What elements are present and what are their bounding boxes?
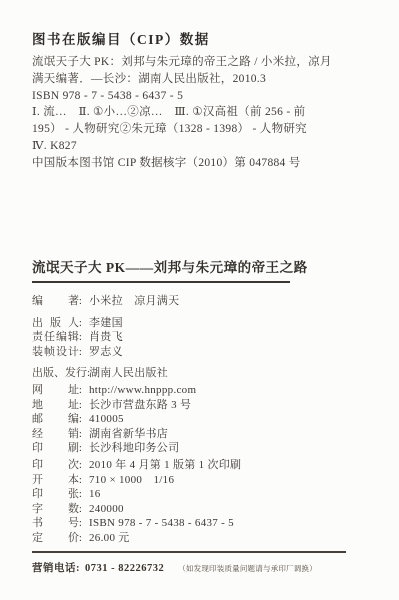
cip-line: Ⅰ. 流… Ⅱ. ①小…②凉… Ⅲ. ①汉高祖（前 256 - 前 [32,104,372,121]
row-value: 26.00 元 [89,531,130,546]
cip-line: Ⅳ. K827 [32,138,372,155]
colophon-row-format: 开本: 710 × 1000 1/16 [32,473,372,488]
row-label: 书号: [32,516,82,531]
colophon-row-printing: 印次: 2010 年 4 月第 1 版第 1 次印刷 [32,458,372,473]
row-label: 印次: [32,458,82,473]
row-label: 邮编: [32,412,82,427]
row-value: 小米拉 凉月满天 [89,294,179,309]
book-title: 流氓天子大 PK——刘邦与朱元璋的帝王之路 [32,256,290,283]
cip-line: 中国版本图书馆 CIP 数据核字（2010）第 047884 号 [32,155,372,172]
cip-line: 满天编著．—长沙：湖南人民出版社，2010.3 [32,71,372,88]
colophon-row-publisher-person: 出版人: 李建国 [32,316,372,331]
colophon-row-postcode: 邮编: 410005 [32,412,372,427]
row-label: 定价: [32,531,82,546]
row-value: 李建国 [89,316,123,331]
row-label: 地址: [32,398,82,413]
colophon-row-editor-in-charge: 责任编辑: 肖贵飞 [32,330,372,345]
copyright-page: 图书在版编目（CIP）数据 流氓天子大 PK：刘邦与朱元璋的帝王之路 / 小米拉… [0,0,399,600]
row-value: 16 [89,487,101,502]
row-value: 710 × 1000 1/16 [89,473,174,488]
cip-line: 195） - 人物研究②朱元璋（1328 - 1398） - 人物研究 [32,121,372,138]
cip-line: 流氓天子大 PK：刘邦与朱元璋的帝王之路 / 小米拉，凉月 [32,54,372,71]
cip-line: ISBN 978 - 7 - 5438 - 6437 - 5 [32,88,372,105]
footer-divider [32,551,346,553]
row-value: 长沙科地印务公司 [89,441,179,456]
colophon-row-editors: 编著: 小米拉 凉月满天 [32,294,372,309]
row-label: 印刷: [32,441,82,456]
row-label: 开本: [32,473,82,488]
sales-phone-label: 营销电话: [32,560,80,575]
row-label: 字数: [32,502,82,517]
row-value: 240000 [89,502,124,517]
row-label: 网址: [32,383,82,398]
colophon: 编著: 小米拉 凉月满天 出版人: 李建国 责任编辑: 肖贵飞 装帧设计: 罗志… [32,294,372,545]
row-label: 出版、发行: [32,366,82,381]
colophon-row-publisher: 出版、发行: 湖南人民出版社 [32,366,372,381]
colophon-row-designer: 装帧设计: 罗志义 [32,345,372,360]
row-label: 编著: [32,294,82,309]
row-label: 责任编辑: [32,330,82,345]
colophon-row-wordcount: 字数: 240000 [32,502,372,517]
row-value: 长沙市营盘东路 3 号 [89,398,191,413]
row-value: 湖南人民出版社 [89,366,168,381]
colophon-row-sheets: 印张: 16 [32,487,372,502]
row-value: 湖南省新华书店 [89,427,168,442]
row-value: ISBN 978 - 7 - 5438 - 6437 - 5 [89,516,234,531]
colophon-row-website: 网址: http://www.hnppp.com [32,383,372,398]
row-label: 装帧设计: [32,345,82,360]
colophon-row-price: 定价: 26.00 元 [32,531,372,546]
print-quality-note: （如发现印装质量问题请与承印厂调换） [178,563,317,574]
row-value: http://www.hnppp.com [89,383,196,398]
row-value: 2010 年 4 月第 1 版第 1 次印刷 [89,458,241,473]
colophon-row-isbn: 书号: ISBN 978 - 7 - 5438 - 6437 - 5 [32,516,372,531]
row-value: 410005 [89,412,124,427]
row-value: 罗志义 [89,345,123,360]
colophon-row-printer: 印刷: 长沙科地印务公司 [32,441,372,456]
colophon-row-distributor: 经销: 湖南省新华书店 [32,427,372,442]
cip-header: 图书在版编目（CIP）数据 [32,28,372,48]
footer: 营销电话: 0731 - 82226732 （如发现印装质量问题请与承印厂调换） [32,560,382,575]
row-label: 印张: [32,487,82,502]
colophon-row-address: 地址: 长沙市营盘东路 3 号 [32,398,372,413]
sales-phone-number: 0731 - 82226732 [85,563,164,574]
row-label: 经销: [32,427,82,442]
row-value: 肖贵飞 [89,330,123,345]
cip-block: 图书在版编目（CIP）数据 流氓天子大 PK：刘邦与朱元璋的帝王之路 / 小米拉… [32,28,372,172]
row-label: 出版人: [32,316,82,331]
